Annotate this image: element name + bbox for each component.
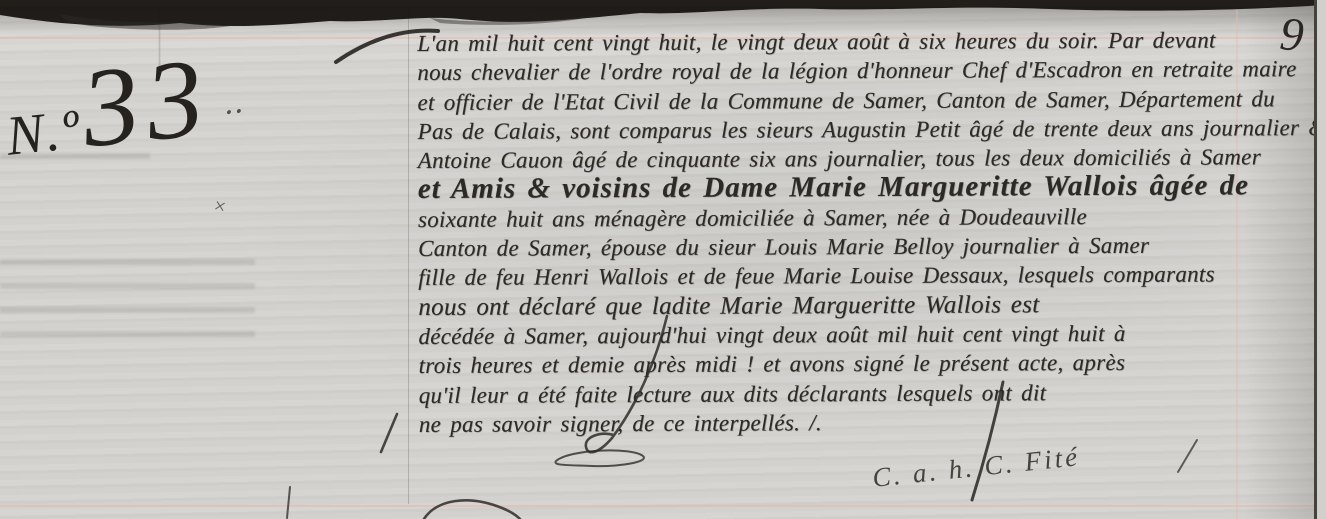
ink-bleedthrough [0,246,255,342]
act-line-03: et officier de l'Etat Civil de la Commun… [417,84,1326,117]
margin-cross-mark: × [212,193,229,220]
record-number-value: 33 [76,35,216,172]
act-line-13: qu'il leur a été faite lecture aux dits … [419,377,1326,410]
act-line-08: Canton de Samer, épouse du sieur Louis M… [418,230,1326,263]
closing-loop [555,450,643,466]
act-line-07: soixante huit ans ménagère domiciliée à … [418,201,1326,234]
act-line-14: ne pas savoir signer, de ce interpellés.… [419,406,1326,439]
act-line-09: fille de feu Henri Wallois et de feue Ma… [418,259,1326,292]
text-margin-line [408,10,409,504]
record-number-dots: ‥ [221,86,244,121]
lead-slash [381,414,397,452]
scanned-register-page: N.º 33 ‥ 9 × L'an mil huit cent vingt hu… [0,0,1326,519]
act-line-02: nous chevalier de l'ordre royal de la lé… [417,54,1326,87]
torn-page-top-edge [0,0,1326,34]
act-text-block: L'an mil huit cent vingt huit, le vingt … [417,25,1326,439]
adjacent-page-sliver [1317,0,1326,519]
record-number-prefix: N.º [3,98,84,167]
record-number: N.º 33 ‥ [0,38,240,174]
act-line-04: Pas de Calais, sont comparus les sieurs … [417,113,1326,146]
signature: C. a. h. C. Fité [871,441,1082,494]
act-line-10: nous ont déclaré que ladite Marie Margue… [418,289,1326,322]
next-record-flourish [424,500,520,519]
act-line-12: trois heures et demie après midi ! et av… [419,347,1326,380]
bottom-stroke [287,487,290,518]
small-slash [1178,440,1197,472]
act-line-11: décédée à Samer, aujourd'hui vingt deux … [418,318,1326,351]
ruling-line-bottom [0,505,1326,507]
act-line-06: et Amis & voisins de Dame Marie Margueri… [418,172,1326,205]
